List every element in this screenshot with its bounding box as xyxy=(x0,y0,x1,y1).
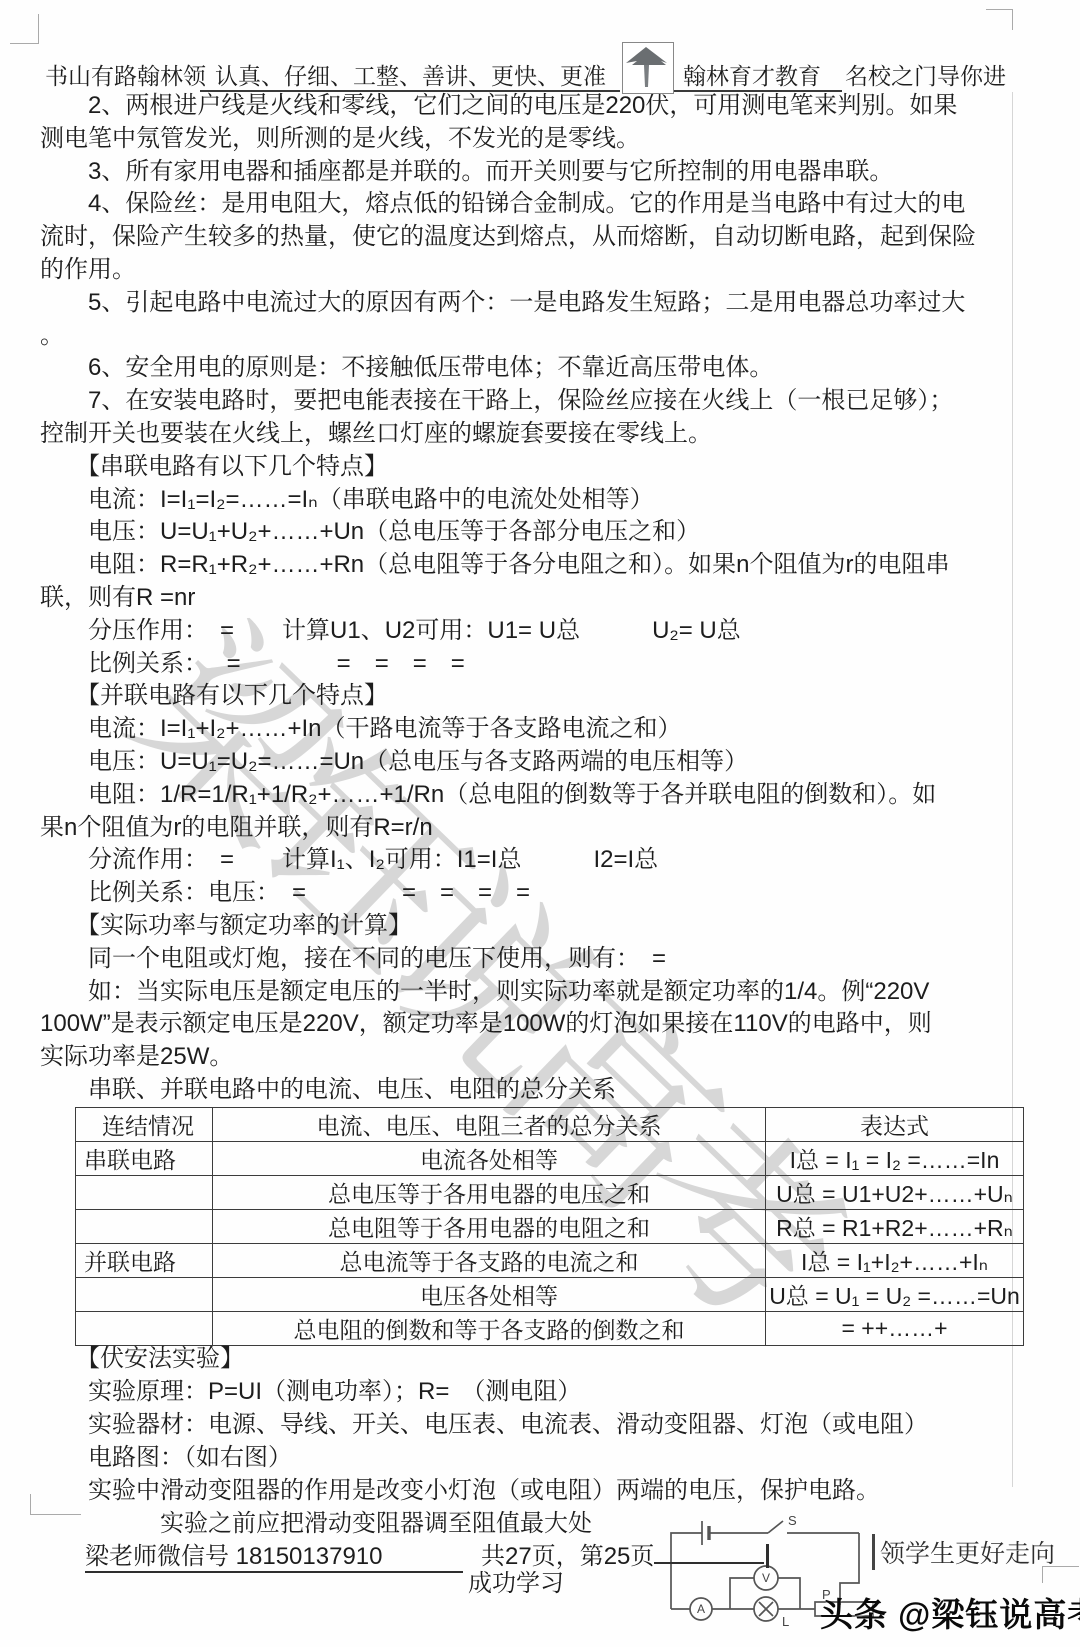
body-text: 2、两根进户线是火线和零线，它们之间的电压是220伏，可用测电笔来判别。如果测电… xyxy=(40,90,1045,1107)
text-line: 2、两根进户线是火线和零线，它们之间的电压是220伏，可用测电笔来判别。如果 xyxy=(40,90,1045,123)
table-cell: I总 = I₁+I₂+……+Iₙ xyxy=(766,1244,1024,1278)
lamp-label: L xyxy=(782,1614,789,1629)
table-cell: 串联电路 xyxy=(76,1142,213,1176)
text-line: 3、所有家用电器和插座都是并联的。而开关则要与它所控制的用电器串联。 xyxy=(40,156,1045,189)
header-brand: 翰林育才教育 xyxy=(683,58,821,91)
table-row: 电压各处相等U总 = U₁ = U₂ =……=Un xyxy=(76,1278,1024,1312)
table-cell: = ++……+ xyxy=(766,1312,1024,1346)
tree-icon xyxy=(623,43,670,90)
table-cell: 电压各处相等 xyxy=(213,1278,766,1312)
table-header-cell: 电流、电压、电阻三者的总分关系 xyxy=(213,1108,766,1142)
school-logo xyxy=(622,42,674,94)
text-line: 【并联电路有以下几个特点】 xyxy=(40,680,1045,713)
table-cell: U总 = U₁ = U₂ =……=Un xyxy=(766,1278,1024,1312)
relation-table: 连结情况电流、电压、电阻三者的总分关系表达式串联电路电流各处相等I总 = I₁ … xyxy=(75,1107,1024,1346)
table-cell xyxy=(76,1210,213,1244)
table-row: 并联电路总电流等于各支路的电流之和I总 = I₁+I₂+……+Iₙ xyxy=(76,1244,1024,1278)
text-line: 果n个阻值为r的电阻并联，则有R=r/n xyxy=(40,812,1045,845)
table-cell: I总 = I₁ = I₂ =……=In xyxy=(766,1142,1024,1176)
text-line: 电流：I=I₁+I₂+……+In（干路电流等于各支路电流之和） xyxy=(40,713,1045,746)
footer-blank-underline xyxy=(654,1562,764,1564)
footer-success-text: 成功学习 xyxy=(468,1563,564,1598)
text-line: 电阻：1/R=1/R₁+1/R₂+……+1/Rn（总电阻的倒数等于各并联电阻的倒… xyxy=(40,779,1045,812)
table-cell: R总 = R1+R2+……+Rₙ xyxy=(766,1210,1024,1244)
header-left-text: 书山有路翰林领 xyxy=(45,58,206,91)
text-line: 【串联电路有以下几个特点】 xyxy=(40,451,1045,484)
document-page: 梁钰说高考 书山有路翰林领 认真、仔细、工整、善讲、更快、更准 翰林育才教育 名… xyxy=(0,0,1080,1647)
table-cell xyxy=(76,1312,213,1346)
text-line: 电路图：（如右图） xyxy=(40,1441,1045,1474)
footer-end-bar xyxy=(766,1544,769,1568)
text-line: 实际功率是25W。 xyxy=(40,1041,1045,1074)
text-line: 6、安全用电的原则是：不接触低压带电体；不靠近高压带电体。 xyxy=(40,352,1045,385)
header-slogan: 名校之门导你进 xyxy=(845,58,1006,91)
table-cell: U总 = U1+U2+……+Uₙ xyxy=(766,1176,1024,1210)
experiment-text: 【伏安法实验】 实验原理：P=UI（测电功率）；R= （测电阻） 实验器材：电源… xyxy=(40,1342,1045,1540)
text-line: 电压：U=U₁=U₂=……=Un（总电压与各支路两端的电压相等） xyxy=(40,746,1045,779)
text-line: 分压作用： = 计算U1、U2可用：U1= U总 U₂= U总 xyxy=(40,615,1045,648)
text-line: 同一个电阻或灯炮，接在不同的电压下使用，则有： = xyxy=(40,943,1045,976)
table-row: 总电压等于各用电器的电压之和U总 = U1+U2+……+Uₙ xyxy=(76,1176,1024,1210)
table-cell: 总电压等于各用电器的电压之和 xyxy=(213,1176,766,1210)
table-row: 总电阻等于各用电器的电阻之和R总 = R1+R2+……+Rₙ xyxy=(76,1210,1024,1244)
table-cell: 电流各处相等 xyxy=(213,1142,766,1176)
page-footer: 梁老师微信号 18150137910共27页，第25页 xyxy=(85,1536,769,1573)
text-line: 5、引起电路中电流过大的原因有两个：一是电路发生短路；二是用电器总功率过大 xyxy=(40,287,1045,320)
text-line: 电压：U=U₁+U₂+……+Un（总电压等于各部分电压之和） xyxy=(40,516,1045,549)
text-line: 控制开关也要装在火线上，螺丝口灯座的螺旋套要接在零线上。 xyxy=(40,418,1045,451)
text-line: 的作用。 xyxy=(40,254,1045,287)
corner-mark-top-right xyxy=(986,9,1013,30)
text-line: 100W”是表示额定电压是220V，额定功率是100W的灯泡如果接在110V的电… xyxy=(40,1008,1045,1041)
text-line: 联，则有R =nr xyxy=(40,582,1045,615)
text-line: 电流：I=I₁=I₂=……=Iₙ（串联电路中的电流处处相等） xyxy=(40,484,1045,517)
text-line: 实验原理：P=UI（测电功率）；R= （测电阻） xyxy=(40,1375,1045,1408)
text-line: 4、保险丝：是用电阻大，熔点低的铅锑合金制成。它的作用是当电路中有过大的电 xyxy=(40,188,1045,221)
text-line: 比例关系： = = = = = xyxy=(40,648,1045,681)
table-row: 总电阻的倒数和等于各支路的倒数之和= ++……+ xyxy=(76,1312,1024,1346)
table-row: 串联电路电流各处相等I总 = I₁ = I₂ =……=In xyxy=(76,1142,1024,1176)
table-header-cell: 表达式 xyxy=(766,1108,1024,1142)
table-cell: 总电流等于各支路的电流之和 xyxy=(213,1244,766,1278)
text-line: 电阻：R=R₁+R₂+……+Rn（总电阻等于各分电阻之和）。如果n个阻值为r的电… xyxy=(40,549,1045,582)
text-line: 7、在安装电路时，要把电能表接在干路上，保险丝应接在火线上（一根已足够）； xyxy=(40,385,1045,418)
right-partial-text: 领学生更好走向 xyxy=(872,1534,1055,1570)
voltmeter-label: V xyxy=(762,1571,770,1585)
text-line: 串联、并联电路中的电流、电压、电阻的总分关系 xyxy=(40,1074,1045,1107)
text-line: 如：当实际电压是额定电压的一半时，则实际功率就是额定功率的1/4。例“220V xyxy=(40,976,1045,1009)
header-motto: 认真、仔细、工整、善讲、更快、更准 xyxy=(215,58,606,91)
text-line: 实验器材：电源、导线、开关、电压表、电流表、滑动变阻器、灯泡（或电阻） xyxy=(40,1408,1045,1441)
text-line: 比例关系：电压： = = = = = xyxy=(40,877,1045,910)
table-cell: 总电阻等于各用电器的电阻之和 xyxy=(213,1210,766,1244)
teacher-wechat: 梁老师微信号 18150137910 xyxy=(85,1536,463,1573)
text-line: 【实际功率与额定功率的计算】 xyxy=(40,910,1045,943)
page-header: 书山有路翰林领 认真、仔细、工整、善讲、更快、更准 翰林育才教育 名校之门导你进 xyxy=(0,55,1080,95)
table-header-cell: 连结情况 xyxy=(76,1108,213,1142)
text-line: 测电笔中氖管发光，则所测的是火线，不发光的是零线。 xyxy=(40,123,1045,156)
text-line: 分流作用： = 计算I₁、I₂可用：I1=I总 I2=I总 xyxy=(40,844,1045,877)
corner-mark-top-left xyxy=(10,14,39,44)
table-cell: 总电阻的倒数和等于各支路的倒数之和 xyxy=(213,1312,766,1346)
table-cell xyxy=(76,1176,213,1210)
text-line: 流时，保险产生较多的热量，使它的温度达到熔点，从而熔断，自动切断电路，起到保险 xyxy=(40,221,1045,254)
toutiao-watermark: 头条 @梁钰说高考 xyxy=(820,1589,1080,1636)
table-cell: 并联电路 xyxy=(76,1244,213,1278)
table-cell xyxy=(76,1278,213,1312)
text-line: 。 xyxy=(40,320,1045,353)
text-line: 【伏安法实验】 xyxy=(40,1342,1045,1375)
ammeter-label: A xyxy=(697,1602,705,1616)
text-line: 实验中滑动变阻器的作用是改变小灯泡（或电阻）两端的电压，保护电路。 xyxy=(40,1474,1045,1507)
switch-label: S xyxy=(788,1513,797,1528)
table-header-row: 连结情况电流、电压、电阻三者的总分关系表达式 xyxy=(76,1108,1024,1142)
